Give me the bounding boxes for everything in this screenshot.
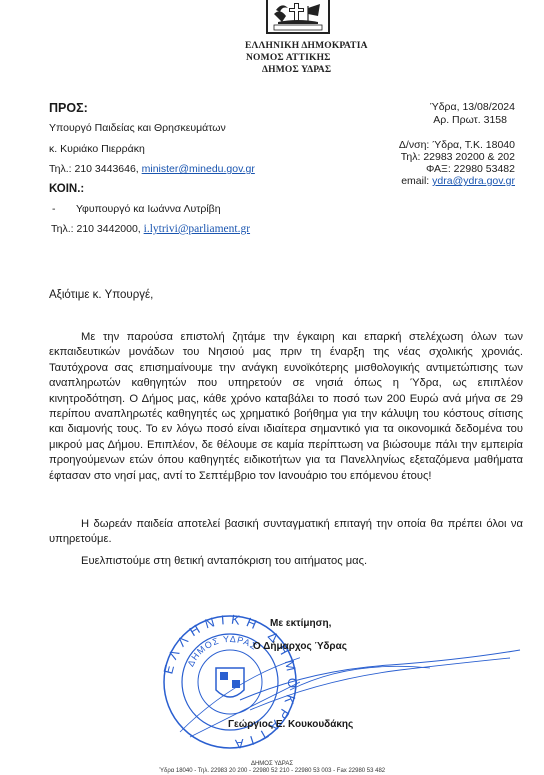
- cc-contact: Τηλ.: 210 3442000, i.lytrivi@parliament.…: [51, 219, 250, 240]
- body-paragraph-2: Η δωρεάν παιδεία αποτελεί βασική συνταγμ…: [49, 517, 523, 548]
- recipient-ministry: Υπουργό Παιδείας και Θρησκευμάτων: [49, 118, 226, 139]
- recipient-phone: Τηλ.: 210 3443646,: [49, 163, 142, 175]
- to-label: ΠΡΟΣ:: [49, 101, 88, 115]
- salutation: Αξιότιμε κ. Υπουργέ,: [49, 289, 153, 301]
- sender-email-link[interactable]: ydra@ydra.gov.gr: [432, 175, 515, 187]
- cc-phone: Τηλ.: 210 3442000,: [51, 223, 144, 235]
- header-municipality: ΔΗΜΟΣ ΥΔΡΑΣ: [262, 64, 331, 76]
- sender-email: email: ydra@ydra.gov.gr: [295, 175, 515, 188]
- municipality-logo: [266, 0, 330, 34]
- cc-name: Υφυπουργό κα Ιωάννα Λυτρίβη: [76, 199, 221, 220]
- header-prefecture: ΝΟΜΟΣ ΑΤΤΙΚΗΣ: [246, 52, 331, 64]
- cc-label: ΚΟΙΝ.:: [49, 183, 84, 195]
- sender-email-label: email:: [401, 175, 432, 187]
- signatory-name: Γεώργιος Ε. Κουκουδάκης: [228, 719, 353, 730]
- footer-contact: Ύδρα 18040 - Τηλ. 22983 20 200 - 22980 5…: [0, 767, 544, 775]
- cc-email-link[interactable]: i.lytrivi@parliament.gr: [144, 223, 250, 235]
- protocol-number: Αρ. Πρωτ. 3158: [307, 114, 507, 127]
- body-paragraph-1: Με την παρούσα επιστολή ζητάμε την έγκαι…: [49, 330, 523, 484]
- place-date: Ύδρα, 13/08/2024: [315, 101, 515, 114]
- cc-bullet: -: [52, 199, 56, 220]
- recipient-contact: Τηλ.: 210 3443646, minister@minedu.gov.g…: [49, 159, 255, 180]
- recipient-email-link[interactable]: minister@minedu.gov.gr: [142, 163, 255, 175]
- body-paragraph-3: Ευελπιστούμε στη θετική ανταπόκριση του …: [49, 554, 523, 569]
- signatory-title: Ο Δήμαρχος Ύδρας: [253, 641, 347, 652]
- recipient-name: κ. Κυριάκο Πιερράκη: [49, 139, 145, 160]
- signature-scribble: [230, 640, 530, 725]
- closing: Με εκτίμηση,: [270, 618, 331, 629]
- header-country: ΕΛΛΗΝΙΚΗ ΔΗΜΟΚΡΑΤΙΑ: [245, 40, 368, 52]
